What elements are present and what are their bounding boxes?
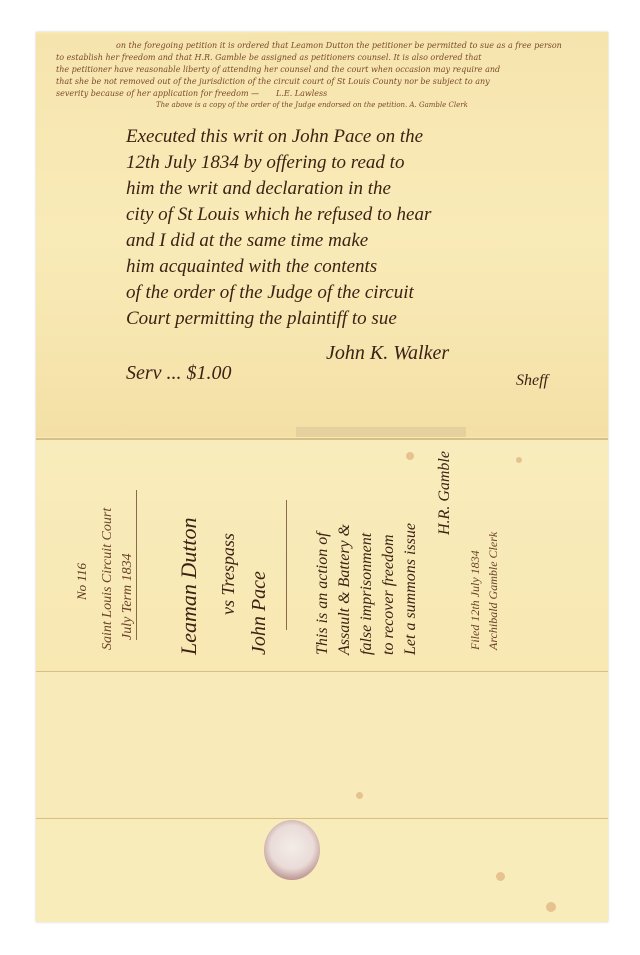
order-line-3: the petitioner have reasonable liberty o… <box>56 64 500 75</box>
divider-rule <box>286 500 287 630</box>
stain <box>546 902 556 912</box>
return-line-6: him acquainted with the contents <box>126 254 377 280</box>
action-line-4: to recover freedom <box>380 534 398 655</box>
action-line-5: Let a summons issue <box>402 523 420 655</box>
defendant-name: John Pace <box>248 571 271 655</box>
stain <box>356 792 363 799</box>
blank-panel <box>36 672 608 817</box>
attorney-signature: H.R. Gamble <box>436 451 454 535</box>
clerk-name: Archibald Gamble Clerk <box>486 532 501 650</box>
return-line-1: Executed this writ on John Pace on the <box>126 124 423 150</box>
plaintiff-name: Leaman Dutton <box>176 518 202 656</box>
wax-seal-icon <box>264 820 320 880</box>
order-signature: L.E. Lawless <box>276 88 327 99</box>
action-line-2: Assault & Battery & <box>336 524 354 655</box>
court-term: July Term 1834 <box>120 553 136 640</box>
return-line-8: Court permitting the plaintiff to sue <box>126 306 397 332</box>
order-certification: The above is a copy of the order of the … <box>156 100 468 111</box>
action-line-3: false imprisonment <box>358 533 376 655</box>
court-name: Saint Louis Circuit Court <box>100 508 116 650</box>
return-line-5: and I did at the same time make <box>126 228 368 254</box>
document-sheet: on the foregoing petition it is ordered … <box>36 32 608 922</box>
divider-rule <box>136 490 137 640</box>
order-line-4: that she be not removed out of the juris… <box>56 76 490 87</box>
filed-date: Filed 12th July 1834 <box>468 550 483 650</box>
stain <box>516 457 522 463</box>
return-line-2: 12th July 1834 by offering to read to <box>126 150 404 176</box>
return-line-4: city of St Louis which he refused to hea… <box>126 202 431 228</box>
endorsement-panel: No 116 Saint Louis Circuit Court July Te… <box>36 440 608 670</box>
action-line-1: This is an action of <box>314 532 332 655</box>
fee-note: Serv ... $1.00 <box>126 362 232 385</box>
versus-label: vs Trespass <box>218 533 239 615</box>
order-line-1: on the foregoing petition it is ordered … <box>116 40 562 51</box>
case-number: No 116 <box>74 563 90 600</box>
sheriff-title: Sheff <box>516 372 548 390</box>
stain <box>496 872 505 881</box>
stain <box>406 452 414 460</box>
upper-panel: on the foregoing petition it is ordered … <box>36 32 608 437</box>
return-line-7: of the order of the Judge of the circuit <box>126 280 414 306</box>
bottom-panel <box>36 819 608 922</box>
sheriff-signature: John K. Walker <box>326 342 449 365</box>
order-line-5: severity because of her application for … <box>56 88 259 99</box>
return-line-3: him the writ and declaration in the <box>126 176 391 202</box>
order-line-2: to establish her freedom and that H.R. G… <box>56 52 482 63</box>
